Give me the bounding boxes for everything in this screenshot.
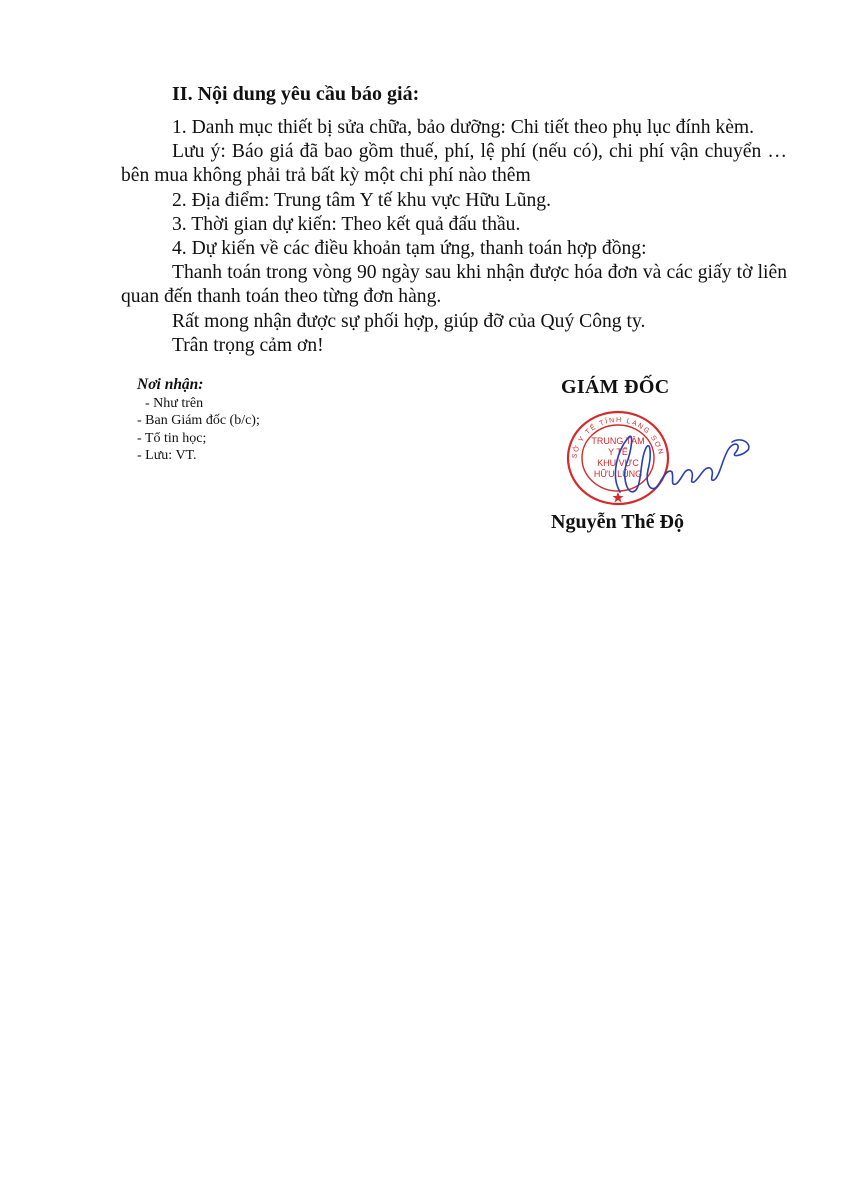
recipient-item: - Như trên: [137, 395, 260, 413]
paragraph-payment-detail: Thanh toán trong vòng 90 ngày sau khi nh…: [121, 261, 787, 309]
recipients-list: - Như trên - Ban Giám đốc (b/c); - Tổ ti…: [137, 395, 260, 465]
paragraph-payment-terms: 4. Dự kiến về các điều khoản tạm ứng, th…: [121, 237, 787, 261]
paragraph-cooperation: Rất mong nhận được sự phối hợp, giúp đỡ …: [121, 310, 787, 334]
paragraph-location: 2. Địa điểm: Trung tâm Y tế khu vực Hữu …: [121, 189, 787, 213]
document-page: II. Nội dung yêu cầu báo giá: 1. Danh mụ…: [0, 0, 848, 1200]
recipient-item: - Ban Giám đốc (b/c);: [137, 412, 260, 430]
recipient-item: - Tổ tin học;: [137, 430, 260, 448]
recipients-title: Nơi nhận:: [137, 376, 260, 394]
paragraph-note: Lưu ý: Báo giá đã bao gồm thuế, phí, lệ …: [121, 140, 787, 188]
paragraph-thanks: Trân trọng cảm ơn!: [121, 334, 787, 358]
recipient-item: - Lưu: VT.: [137, 447, 260, 465]
signer-title: GIÁM ĐỐC: [561, 375, 670, 399]
signer-name: Nguyễn Thế Độ: [551, 510, 684, 534]
request-content: 1. Danh mục thiết bị sửa chữa, bảo dưỡng…: [121, 116, 787, 358]
recipients-block: Nơi nhận: - Như trên - Ban Giám đốc (b/c…: [137, 376, 260, 465]
section-heading: II. Nội dung yêu cầu báo giá:: [172, 82, 419, 106]
paragraph-schedule: 3. Thời gian dự kiến: Theo kết quả đấu t…: [121, 213, 787, 237]
handwritten-signature-icon: [610, 420, 760, 505]
paragraph-equipment-list: 1. Danh mục thiết bị sửa chữa, bảo dưỡng…: [121, 116, 787, 140]
